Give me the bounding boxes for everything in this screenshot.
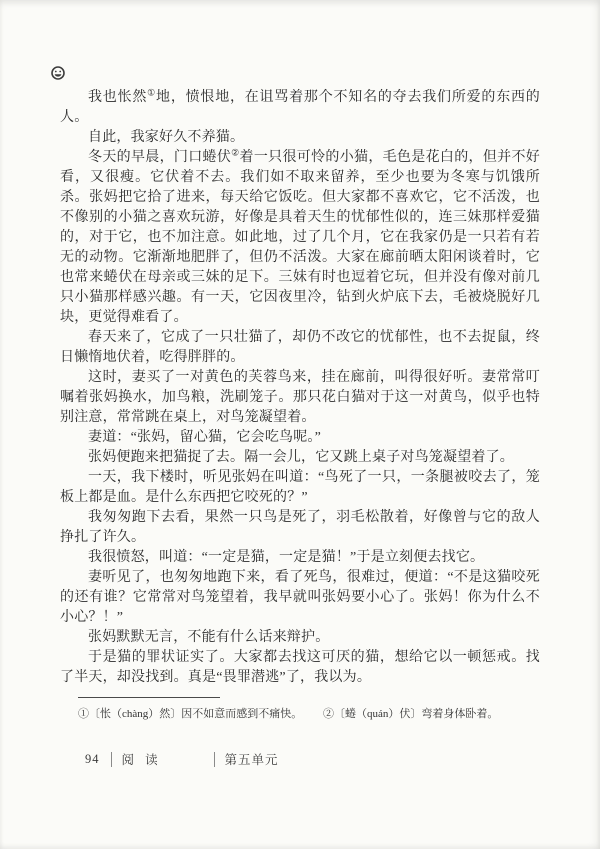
page-number: 94 bbox=[85, 752, 100, 767]
footer-divider bbox=[111, 752, 112, 767]
footnote-divider bbox=[78, 697, 220, 698]
page-footer: 94 阅 读 第五单元 bbox=[85, 750, 279, 768]
paragraph: 春天来了，它成了一只壮猫了，却仍不改它的忧郁性，也不去捉鼠，终日懒惰地伏着，吃得… bbox=[60, 328, 540, 368]
smiley-face-icon bbox=[50, 65, 66, 81]
paragraph: 妻道：“张妈，留心猫，它会吃鸟呢。” bbox=[60, 428, 540, 448]
paragraph: 妻听见了，也匆匆地跑下来，看了死鸟，很难过，便道：“不是这猫咬死的还有谁？它常常… bbox=[60, 568, 540, 628]
paragraph: 冬天的早晨，门口蜷伏②着一只很可怜的小猫，毛色是花白的，但并不好看，又很瘦。它伏… bbox=[60, 148, 540, 328]
footnotes: ①〔怅（chàng）然〕因不如意而感到不痛快。 ②〔蜷（quán）伏〕弯着身体卧… bbox=[60, 706, 540, 722]
footer-unit-label: 第五单元 bbox=[225, 750, 279, 768]
paragraph: 我也怅然①地，愤恨地，在诅骂着那个不知名的夺去我们所爱的东西的人。 bbox=[60, 88, 540, 128]
paragraph: 这时，妻买了一对黄色的芙蓉鸟来，挂在廊前，叫得很好听。妻常常叮嘱着张妈换水，加鸟… bbox=[60, 368, 540, 428]
paragraph: 自此，我家好久不养猫。 bbox=[60, 128, 540, 148]
paragraph: 我匆匆跑下去看，果然一只鸟是死了，羽毛松散着，好像曾与它的敌人挣扎了许久。 bbox=[60, 508, 540, 548]
article-body: 我也怅然①地，愤恨地，在诅骂着那个不知名的夺去我们所爱的东西的人。 自此，我家好… bbox=[60, 88, 540, 722]
paragraph: 一天，我下楼时，听见张妈在叫道：“鸟死了一只，一条腿被咬去了，笼板上都是血。是什… bbox=[60, 468, 540, 508]
textbook-page: 我也怅然①地，愤恨地，在诅骂着那个不知名的夺去我们所爱的东西的人。 自此，我家好… bbox=[0, 0, 600, 849]
paragraph: 张妈便跑来把猫捉了去。隔一会儿，它又跳上桌子对鸟笼凝望着了。 bbox=[60, 448, 540, 468]
paragraph: 我很愤怒，叫道：“一定是猫，一定是猫！”于是立刻便去找它。 bbox=[60, 548, 540, 568]
paragraph: 张妈默默无言，不能有什么话来辩护。 bbox=[60, 628, 540, 648]
paragraph: 于是猫的罪状证实了。大家都去找这可厌的猫，想给它以一顿惩戒。找了半天，却没找到。… bbox=[60, 648, 540, 688]
footer-divider bbox=[214, 752, 215, 767]
footnote-2: ②〔蜷（quán）伏〕弯着身体卧着。 bbox=[323, 706, 540, 722]
footnote-1: ①〔怅（chàng）然〕因不如意而感到不痛快。 bbox=[78, 706, 316, 722]
footer-section-label: 阅 读 bbox=[122, 750, 214, 768]
